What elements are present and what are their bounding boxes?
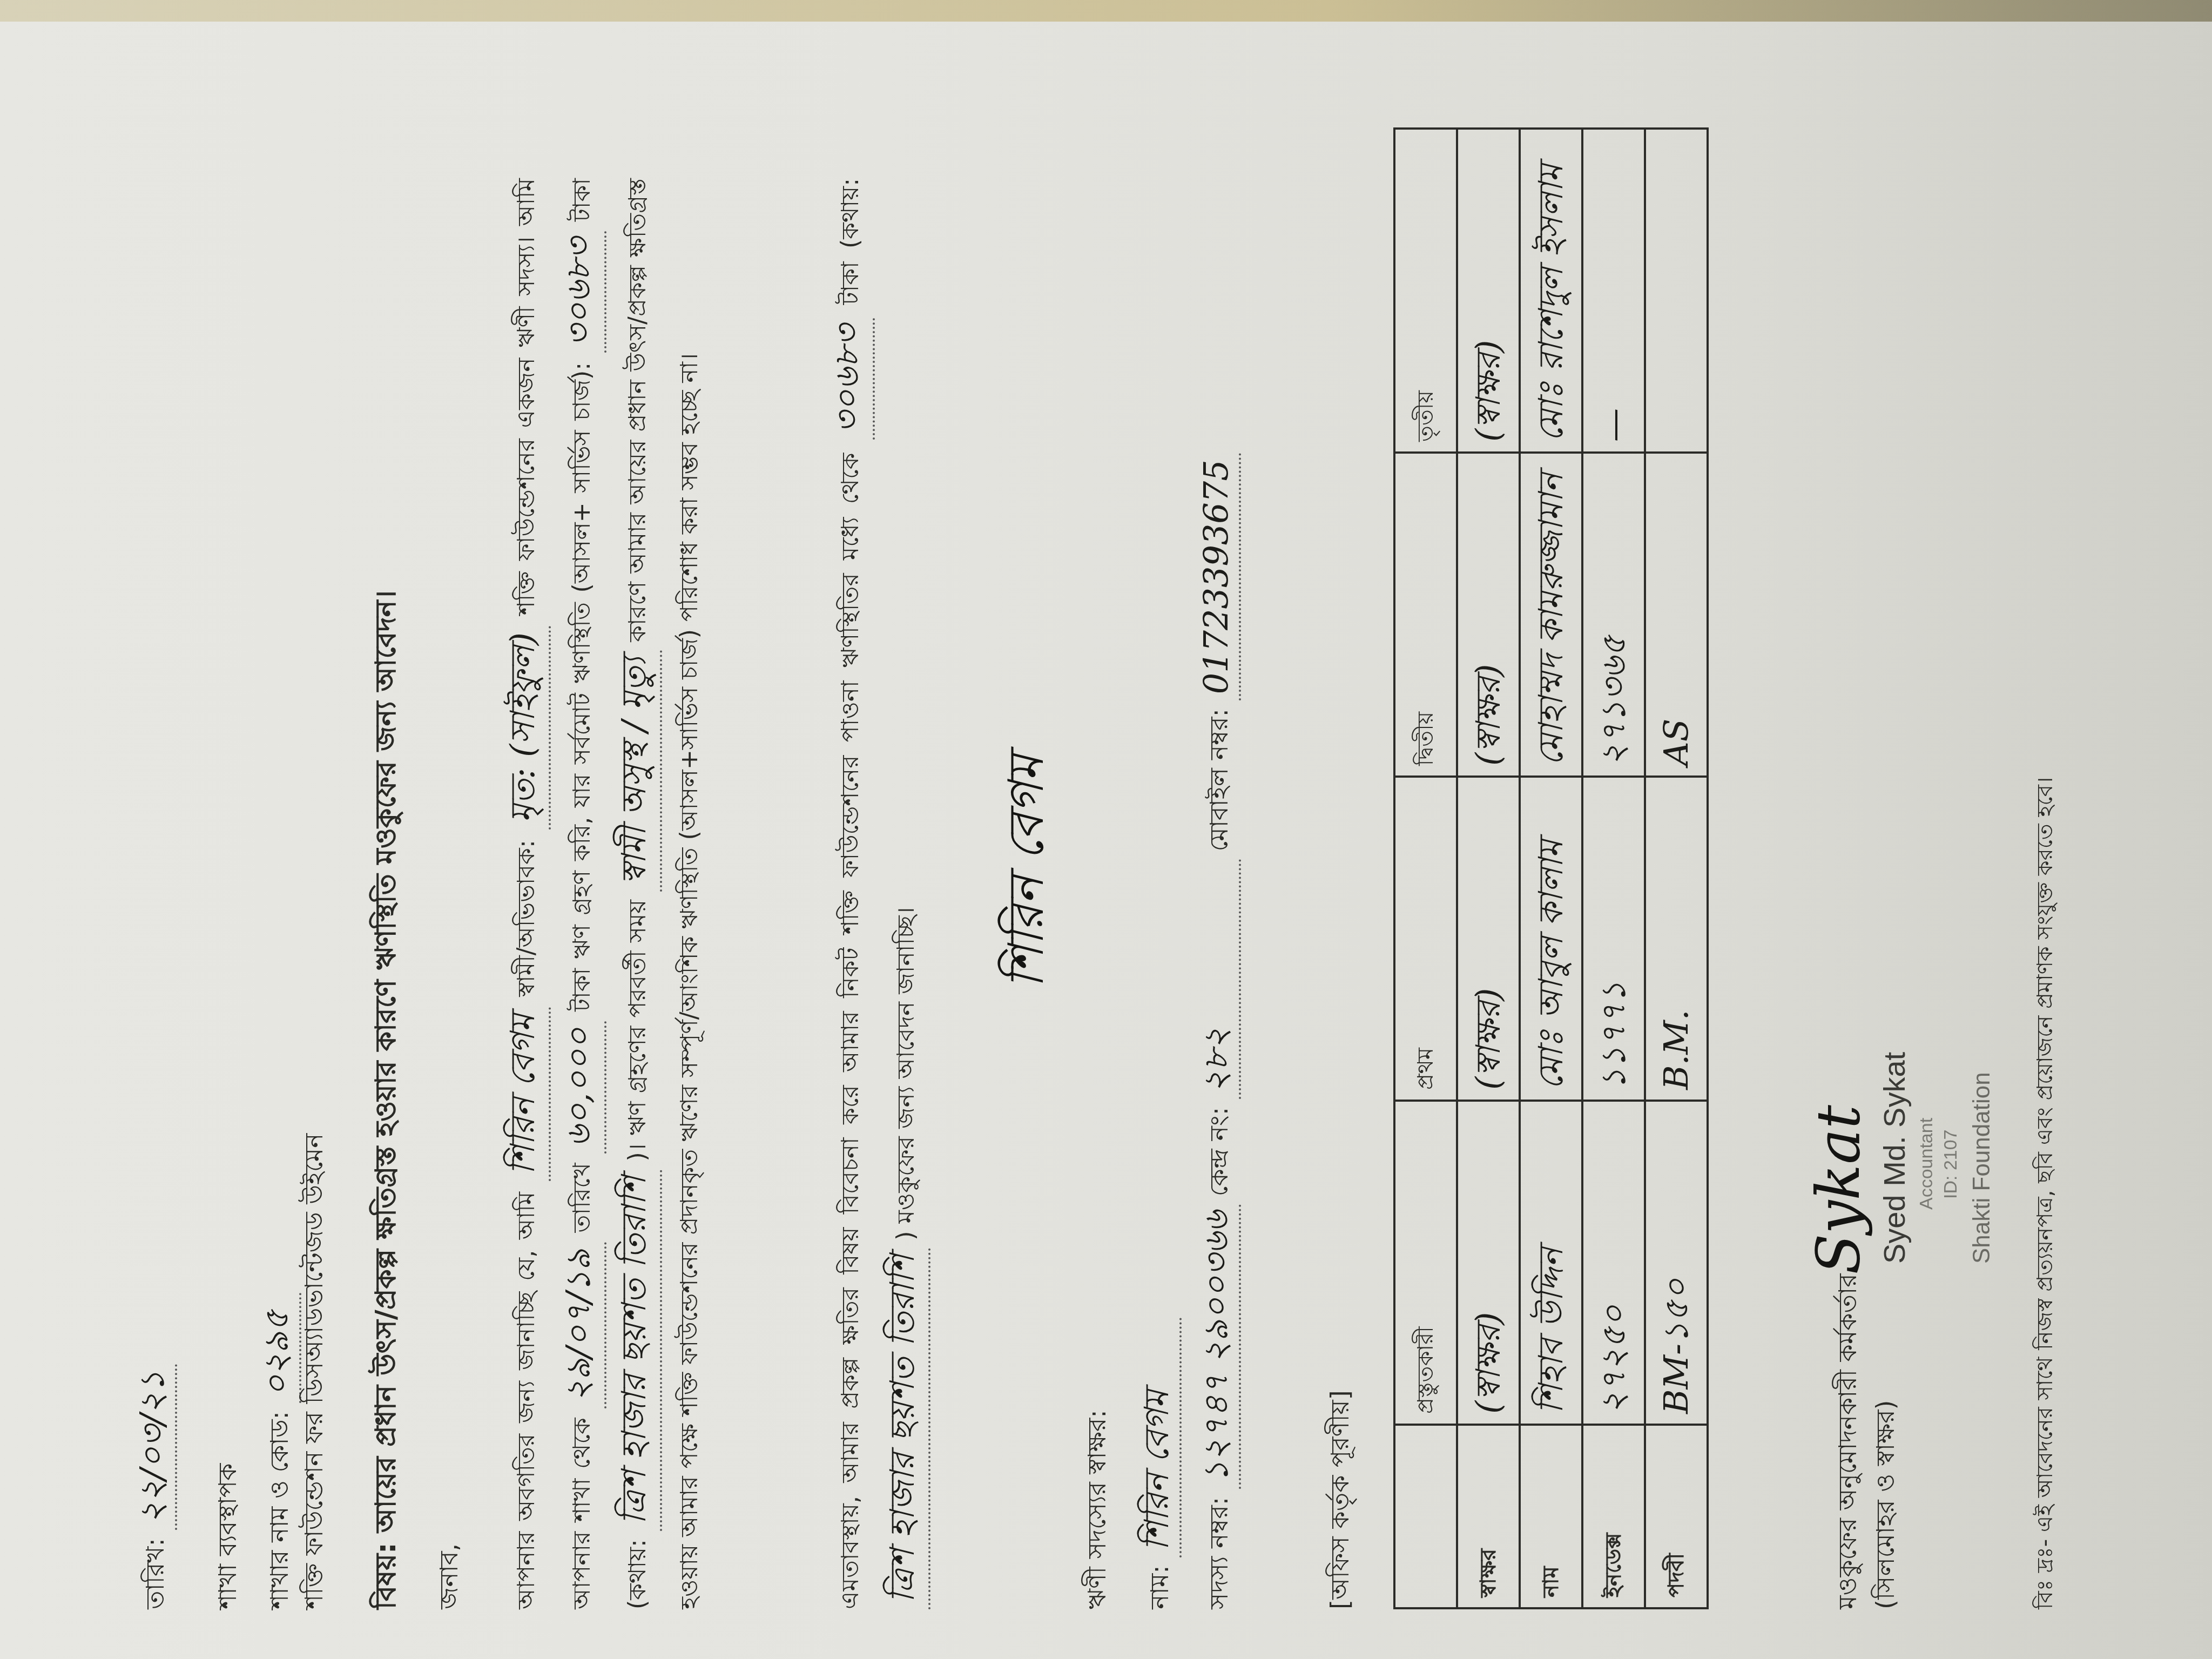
table-cell[interactable]: (স্বাক্ষর) [1457,1101,1520,1425]
to-line: শাখা ব্যবস্থাপক [211,1464,244,1609]
para2-text: টাকা (কথায়: [837,178,864,305]
mobile-field[interactable]: 01723393675 [1193,453,1241,700]
stamp-id: ID: 2107 [1939,1129,1964,1199]
para2-text: এমতাবস্থায়, আমার প্রকল্প ক্ষতির বিষয় ব… [837,453,864,1609]
date-line: তারিখ: ২২/০৩/২১ [130,1364,177,1609]
subject-line: বিষয়: আয়ের প্রধান উৎস/প্রকল্প ক্ষতিগ্র… [367,590,405,1609]
table-cell[interactable]: শিহাব উদ্দিন [1520,1101,1582,1425]
office-caption: [অফিস কর্তৃক পূরণীয়] [1323,1390,1357,1609]
row-label-index: ইনডেক্স [1582,1425,1645,1608]
table-cell[interactable]: — [1582,129,1645,453]
stamp-org: Shakti Foundation [1966,1072,1998,1264]
column-header: প্রথম [1394,777,1457,1101]
stamp-title: Accountant [1914,1118,1939,1210]
outstanding-field[interactable]: ৩০৬৮৩ [552,231,606,353]
table-cell[interactable]: মোঃ আবুল কালাম [1520,777,1582,1101]
row-label-designation: পদবী [1645,1425,1708,1608]
name-label: নাম: [1145,1565,1174,1609]
para1-text: তারিখে [568,1163,596,1232]
guardian-field[interactable]: মৃত: (সাইফুল) [497,626,551,829]
authorizer-signature[interactable]: Sykat [1798,1105,1879,1274]
table-row: পদবী BM-১৫০ B.M. AS [1645,129,1708,1608]
stamp-name: Syed Md. Sykat [1874,1052,1915,1264]
column-header: প্রস্তুতকারী [1394,1101,1457,1425]
outstanding-words-field[interactable]: ত্রিশ হাজার ছয়শত তিরাশি [608,1170,662,1531]
table-row: স্বাক্ষর (স্বাক্ষর) (স্বাক্ষর) (স্বাক্ষর… [1457,129,1520,1608]
footer-note: বিঃ দ্রঃ- এই আবেদনের সাথে নিজস্ব প্রত্যয… [2031,777,2060,1609]
para1-text: স্বামী/অভিভাবক: [512,840,540,997]
center-label: কেন্দ্র নং: [1204,1107,1233,1196]
table-surface [0,0,2212,24]
branch-label: শাখার নাম ও কোড: [265,1411,294,1609]
row-label-name: নাম [1520,1425,1582,1608]
name-line: নাম: শিরিন বেগম [1134,1318,1182,1609]
name-field[interactable]: শিরিন বেগম [1134,1318,1182,1557]
authorizer-label: মওকুফের অনুমোদনকারী কর্মকর্তার [1831,1273,1864,1609]
table-cell[interactable]: (স্বাক্ষর) [1457,453,1520,777]
para1-text: টাকা ঋণ গ্রহণ করি, যার সর্বমোট ঋণস্থিতি … [568,362,596,1011]
authorizer-sublabel: (সিলমোহর ও স্বাক্ষর) [1869,1400,1902,1609]
table-cell[interactable] [1645,129,1708,453]
row-label-signature: স্বাক্ষর [1457,1425,1520,1608]
para1-text: আপনার অবগতির জন্য জানাচ্ছি যে, আমি [512,1192,540,1609]
waiver-words-field[interactable]: ত্রিশ হাজার ছয়শত তিরাশি [876,1248,930,1609]
table-row: ইনডেক্স ২৭২৫০ ১১৭৭১ ২৭১৩৬৫ — [1582,129,1645,1608]
para2-text: ) মওকুফের জন্য আবেদন জানাচ্ছি। [892,907,920,1240]
table-header-row: প্রস্তুতকারী প্রথম দ্বিতীয় তৃতীয় [1394,129,1457,1608]
center-field[interactable]: ২৮২ [1193,859,1241,1099]
paragraph-request: এমতাবস্থায়, আমার প্রকল্প ক্ষতির বিষয় ব… [821,178,932,1609]
table-cell[interactable]: মোঃ রাশেদুল ইসলাম [1520,129,1582,453]
table-cell[interactable]: ২৭২৫০ [1582,1101,1645,1425]
table-cell[interactable]: মোহাম্মদ কামরুজ্জামান [1520,453,1582,777]
loan-date-field[interactable]: ২৯/০৭/১৯ [552,1242,606,1408]
column-header: তৃতীয় [1394,129,1457,453]
table-cell[interactable]: (স্বাক্ষর) [1457,777,1520,1101]
org-line: শক্তি ফাউন্ডেশন ফর ডিসঅ্যাডভান্টেজড উইমে… [297,1134,331,1609]
table-cell[interactable]: AS [1645,453,1708,777]
member-info-line: সদস্য নম্বর: ১২৭৪৭ ২৯০০৩৬৬ কেন্দ্র নং: ২… [1193,453,1241,1609]
member-signature-mark: শিরিন বেগম [998,755,1055,988]
paragraph-declaration: আপনার অবগতির জন্য জানাচ্ছি যে, আমি শিরিন… [497,178,716,1609]
loan-amount-field[interactable]: ৬০,০০০ [552,1021,606,1154]
member-signature-label: ঋণী সদস্যের স্বাক্ষর: [1080,1410,1114,1609]
table-cell[interactable]: ১১৭৭১ [1582,777,1645,1101]
date-label: তারিখ: [140,1538,170,1609]
member-no-label: সদস্য নম্বর: [1204,1497,1233,1609]
member-name-field[interactable]: শিরিন বেগম [497,1007,551,1181]
para1-text: )। ঋণ গ্রহণের পরবর্তী সময় [624,900,651,1162]
table-cell[interactable]: (স্বাক্ষর) [1457,129,1520,453]
branch-code-value[interactable]: ০২৯৫ [254,1293,301,1403]
table-corner [1394,1425,1457,1608]
office-table: প্রস্তুতকারী প্রথম দ্বিতীয় তৃতীয় স্বাক… [1393,127,1709,1609]
table-cell[interactable]: ২৭১৩৬৫ [1582,453,1645,777]
table-cell[interactable]: B.M. [1645,777,1708,1101]
salutation: জনাব, [432,1543,466,1609]
waiver-amount-field[interactable]: ৩০৬৮৩ [821,318,875,440]
mobile-label: মোবাইল নম্বর: [1204,709,1233,852]
member-no-field[interactable]: ১২৭৪৭ ২৯০০৩৬৬ [1193,1204,1241,1489]
table-row: নাম শিহাব উদ্দিন মোঃ আবুল কালাম মোহাম্মদ… [1520,129,1582,1608]
table-cell[interactable]: BM-১৫০ [1645,1101,1708,1425]
date-value[interactable]: ২২/০৩/২১ [130,1364,177,1530]
member-signature[interactable]: শিরিন বেগম [994,755,1060,988]
loan-waiver-form: তারিখ: ২২/০৩/২১ শাখা ব্যবস্থাপক শাখার না… [108,43,2106,1609]
branch-line: শাখার নাম ও কোড: ০২৯৫ [254,1293,301,1609]
cause-field[interactable]: স্বামী অসুস্থ / মৃত্যু [608,650,662,892]
column-header: দ্বিতীয় [1394,453,1457,777]
